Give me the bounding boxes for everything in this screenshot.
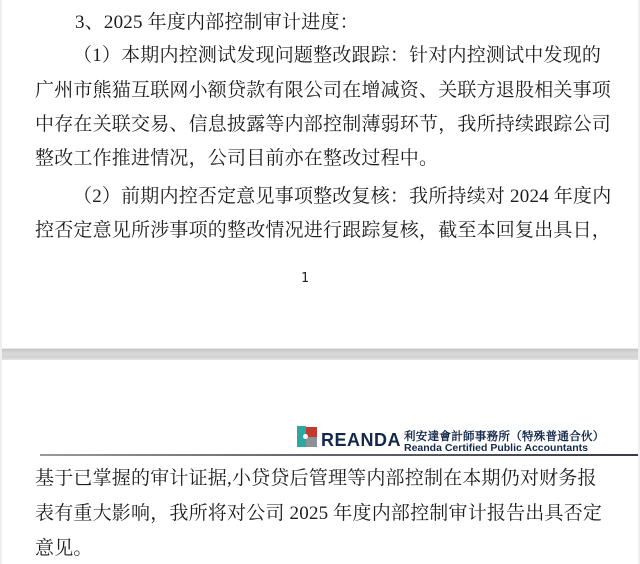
page-2	[0, 360, 640, 564]
section-heading: 3、2025 年度内部控制审计进度：	[75, 12, 359, 33]
paragraph1-line: 整改工作推进情况，公司目前亦在整改过程中。	[35, 148, 438, 169]
document-viewer: 3、2025 年度内部控制审计进度： （1）本期内控测试发现问题整改跟踪：针对内…	[0, 0, 640, 564]
page2-paragraph-line: 表有重大影响，我所将对公司 2025 年度内部控制审计报告出具否定	[35, 503, 602, 524]
page2-paragraph-line: 意见。	[35, 538, 93, 559]
paragraph2-line: （2）前期内控否定意见事项整改复核：我所持续对 2024 年度内	[73, 186, 611, 207]
page-1: 3、2025 年度内部控制审计进度： （1）本期内控测试发现问题整改跟踪：针对内…	[0, 0, 640, 348]
page-edge-left	[0, 0, 2, 564]
logo-gray-block	[306, 437, 317, 447]
paragraph1-line: （1）本期内控测试发现问题整改跟踪：针对内控测试中发现的	[73, 45, 601, 66]
firm-name-english: Reanda Certified Public Accountants	[404, 442, 588, 454]
page-number: 1	[301, 271, 309, 286]
logo-dot	[303, 434, 308, 439]
reanda-logo-icon	[297, 426, 317, 447]
paragraph2-line: 控否定意见所涉事项的整改情况进行跟踪复核，截至本回复出具日，	[35, 220, 611, 241]
page2-paragraph-line: 基于已掌握的审计证据,小贷贷后管理等内部控制在本期仍对财务报	[35, 468, 597, 489]
reanda-logo-text: REANDA	[321, 430, 401, 451]
letterhead-rule	[40, 454, 638, 456]
paragraph1-line: 广州市熊猫互联网小额贷款有限公司在增减资、关联方退股相关事项	[35, 80, 611, 101]
paragraph1-line: 中存在关联交易、信息披露等内部控制薄弱环节，我所持续跟踪公司	[35, 114, 611, 135]
